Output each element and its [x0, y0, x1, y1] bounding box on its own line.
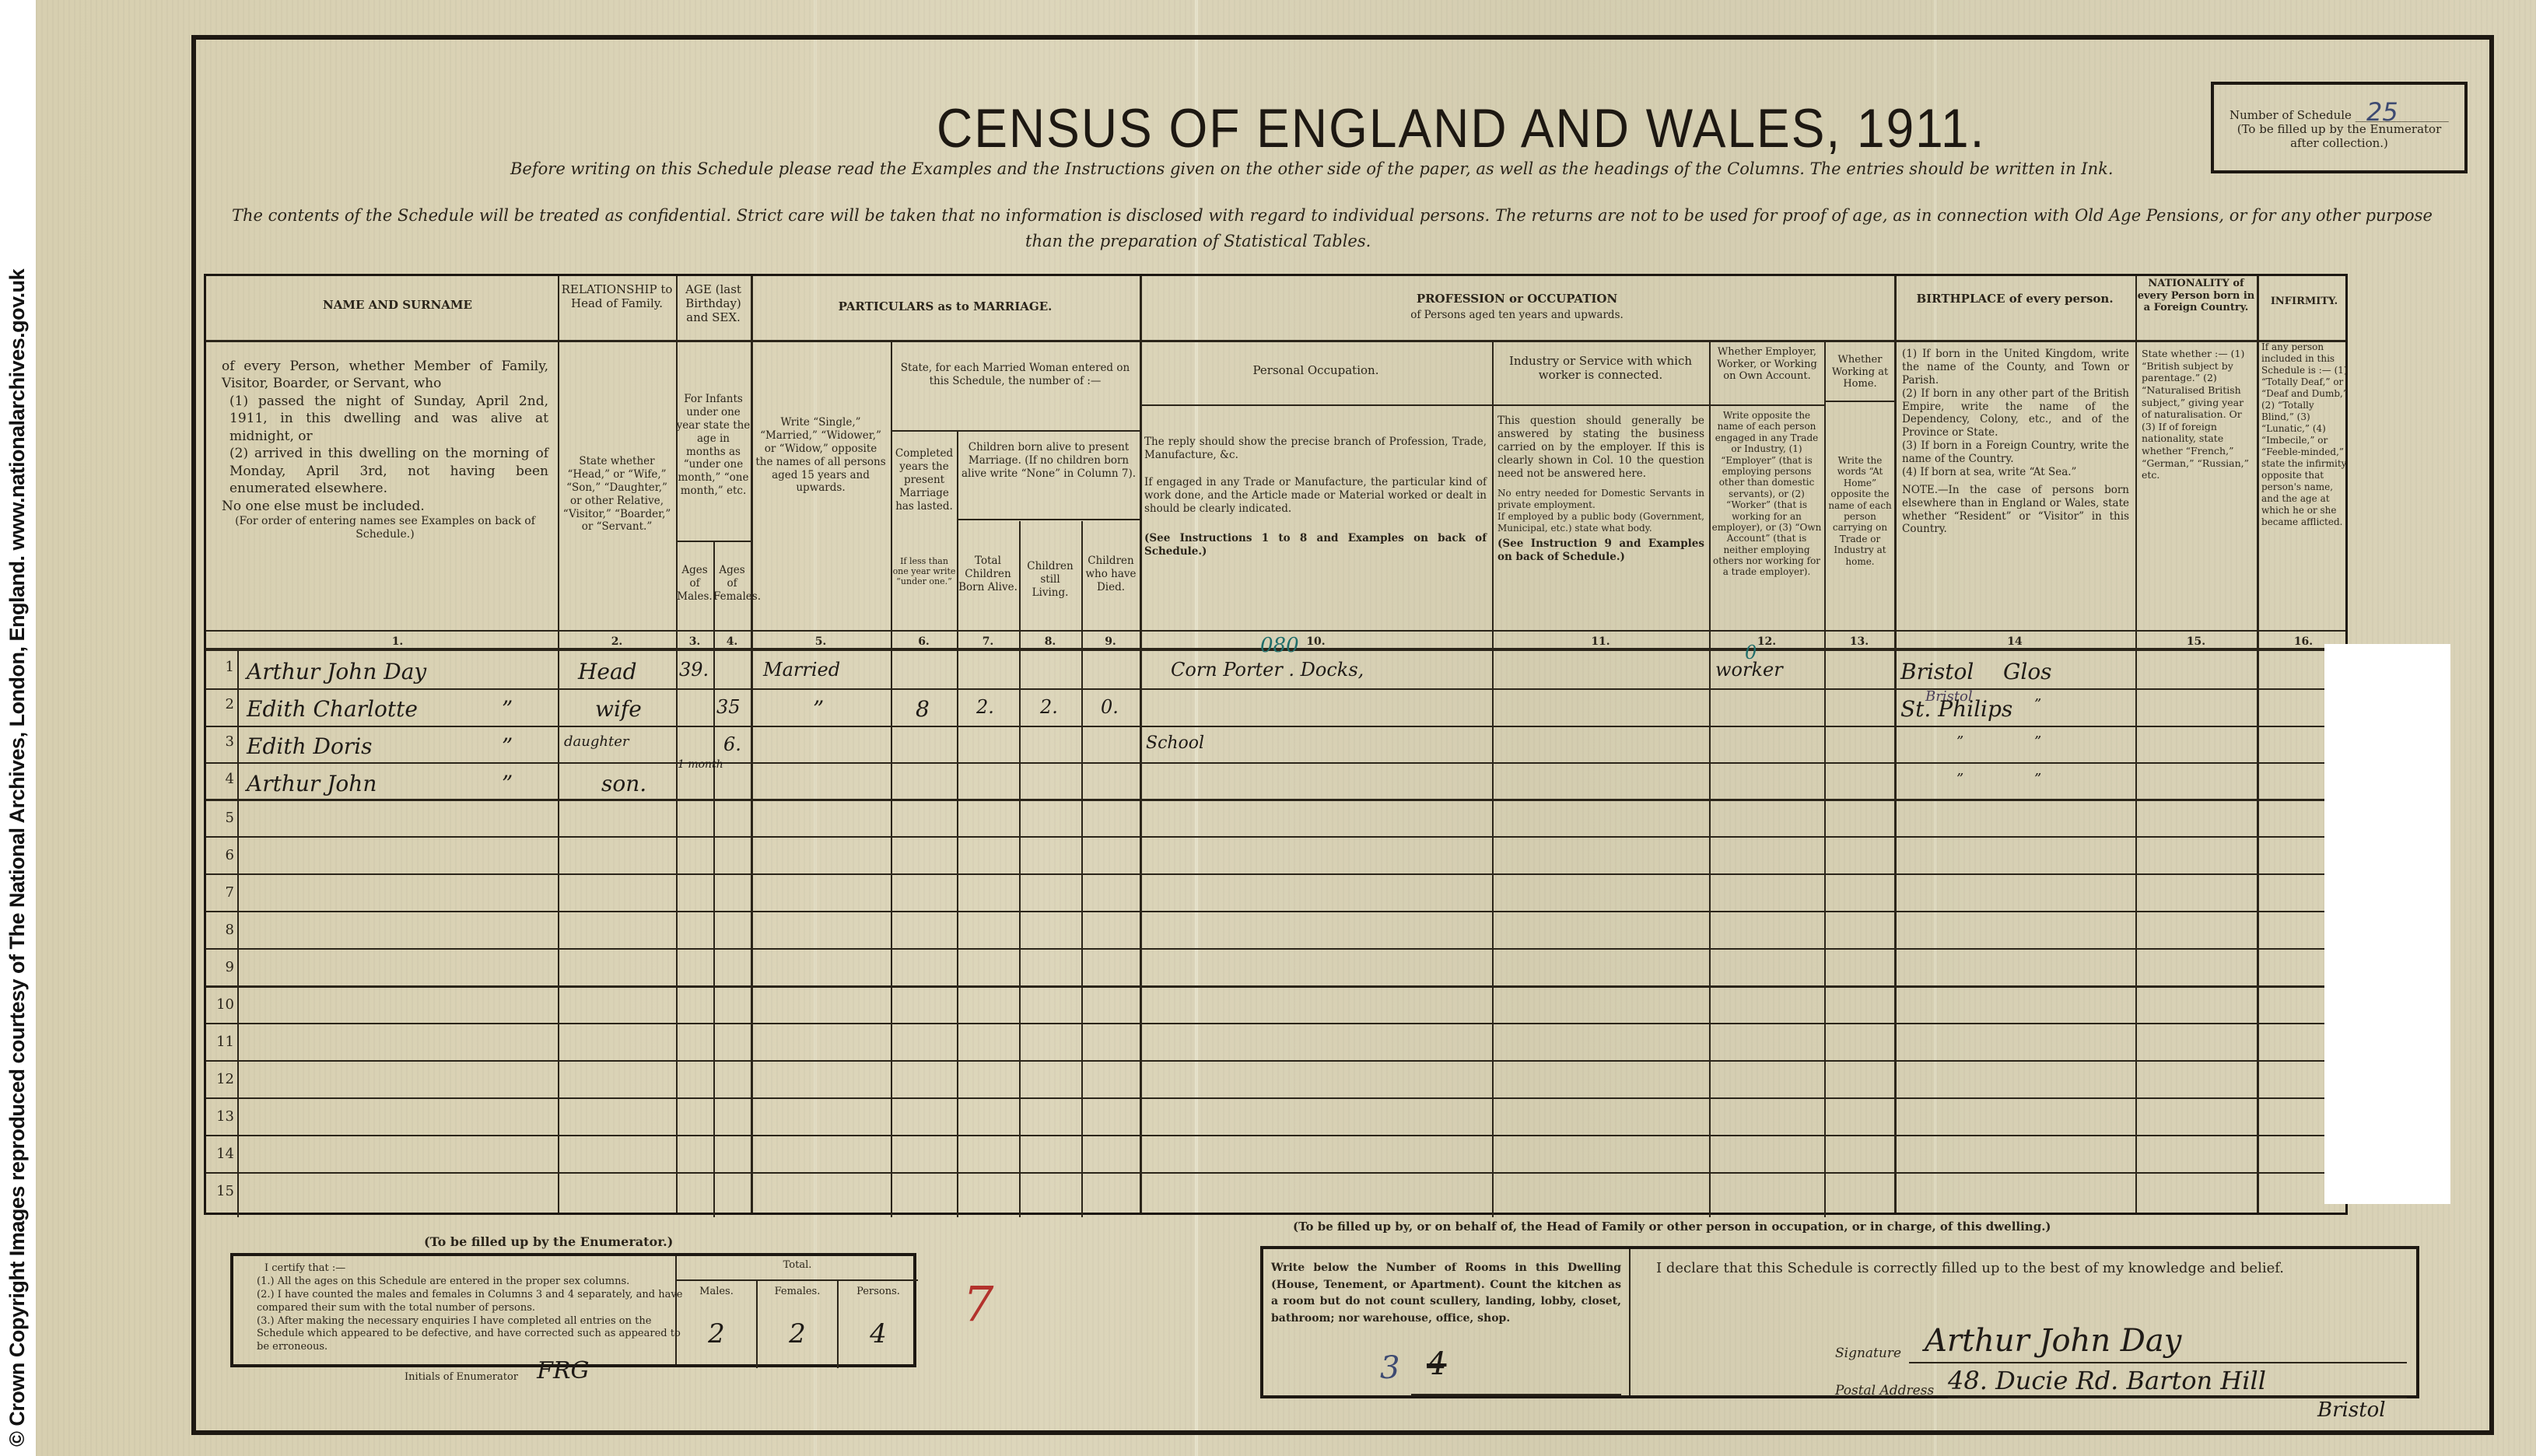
certify-item: (3.) After making the necessary enquirie… [257, 1315, 692, 1355]
postal-address-line-1[interactable]: 48. Ducie Rd. Barton Hill [1948, 1366, 2266, 1395]
infirmity-column-heading: INFIRMITY. [2258, 296, 2350, 308]
age-female[interactable]: 35 [716, 696, 741, 718]
age-column-desc: For Infants under one year state the age… [676, 393, 751, 498]
infirmity-desc: If any person included in this Schedule … [2261, 341, 2349, 528]
column-number: 3. [676, 635, 713, 648]
column-number: 14 [1894, 635, 2135, 648]
schedule-number-value[interactable]: 25 [2366, 97, 2398, 127]
initials-label: Initials of Enumerator [405, 1371, 518, 1383]
household-table: NAME AND SURNAME of every Person, whethe… [204, 274, 2348, 1215]
children-living[interactable]: 2. [1040, 696, 1058, 718]
females-total-cell: Females.2 [756, 1281, 837, 1368]
rooms-value[interactable]: 3 [1380, 1350, 1399, 1386]
head-of-family-box: Write below the Number of Rooms in this … [1260, 1246, 2419, 1398]
table-row[interactable]: 3 Edith Doris ” daughter 6. School ” ” [206, 733, 2345, 757]
birthplace-desc-4: (4) If born at sea, write “At Sea.” [1902, 466, 2129, 479]
died-label: Children who have Died. [1083, 555, 1139, 594]
relationship-column-heading: RELATIONSHIP to Head of Family. [558, 282, 676, 310]
industry-desc-4: (See Instruction 9 and Examples on back … [1497, 537, 1704, 564]
initials-value[interactable]: FRG [537, 1357, 589, 1384]
marital-status[interactable]: Married [763, 659, 840, 681]
column-number: 13. [1824, 635, 1894, 648]
row-number: 8 [206, 922, 234, 938]
row-number: 15 [206, 1183, 234, 1199]
occupation-code: 080 [1260, 634, 1299, 657]
relationship-column-desc: State whether “Head,” or “Wife,” “Son,” … [562, 455, 671, 534]
schedule-number-label: Number of Schedule [2230, 108, 2352, 122]
postal-address-label: Postal Address [1835, 1383, 1934, 1398]
industry-desc: This question should generally be answer… [1497, 415, 1704, 480]
occupation[interactable]: School [1146, 733, 1204, 753]
surname-ditto[interactable]: ” [502, 771, 513, 796]
head-of-family-caption: (To be filled up by, or on behalf of, th… [1293, 1220, 2051, 1234]
surname-ditto[interactable]: ” [502, 696, 513, 722]
name-column-desc-2: (1) passed the night of Sunday, April 2n… [222, 393, 548, 445]
relationship[interactable]: wife [595, 696, 642, 722]
confidential-line: The contents of the Schedule will be tre… [232, 206, 2433, 225]
occupation-column-subheading: of Persons aged ten years and upwards. [1140, 309, 1894, 322]
children-desc: Children born alive to present Marriage.… [959, 441, 1138, 481]
column-number: 4. [713, 635, 751, 648]
relationship[interactable]: Head [578, 659, 637, 684]
years-married-note: If less than one year write “under one.” [892, 556, 956, 587]
signature-value[interactable]: Arthur John Day [1925, 1323, 2181, 1359]
children-born[interactable]: 2. [976, 696, 994, 718]
rooms-crossed-value: 4 [1427, 1346, 1446, 1382]
marital-status[interactable]: ” [813, 696, 824, 722]
certify-label: I certify that :— [257, 1262, 692, 1276]
employer-desc: Write opposite the name of each person e… [1711, 410, 1823, 578]
column-number: 11. [1492, 635, 1709, 648]
ages-of-males-label: Ages of Males. [676, 564, 713, 604]
still-living-label: Children still Living. [1021, 560, 1080, 600]
occupation-column-heading: PROFESSION or OCCUPATION [1140, 292, 1894, 306]
row-number: 1 [206, 659, 234, 675]
column-number: 5. [751, 635, 891, 648]
age-male[interactable]: 39. [679, 659, 709, 681]
name-column-desc-3: (2) arrived in this dwelling on the morn… [222, 445, 548, 497]
column-number: 8. [1019, 635, 1081, 648]
name-column-desc-4: No one else must be included. [222, 498, 548, 515]
column-number: 6. [891, 635, 957, 648]
birthplace-desc-3: (3) If born in a Foreign Country, write … [1902, 439, 2129, 466]
relationship[interactable]: daughter [564, 733, 629, 750]
row-number: 12 [206, 1071, 234, 1087]
declaration-text: I declare that this Schedule is correctl… [1656, 1260, 2284, 1276]
total-label: Total. [677, 1259, 918, 1271]
rooms-box: Write below the Number of Rooms in this … [1263, 1249, 1631, 1395]
instruction-line: Before writing on this Schedule please r… [510, 159, 2114, 178]
column-number: 15. [2135, 635, 2257, 648]
birthplace-note: NOTE.—In the case of persons born elsewh… [1902, 484, 2129, 537]
industry-label: Industry or Service with which worker is… [1492, 354, 1709, 382]
signature-label: Signature [1835, 1346, 1901, 1361]
birthplace-column-heading: BIRTHPLACE of every person. [1894, 292, 2135, 306]
occupation[interactable]: Corn Porter . Docks, [1171, 659, 1364, 681]
totals-table: Total. Males.2 Females.2 Persons.4 [675, 1256, 918, 1364]
birth-county[interactable]: ” [2034, 733, 2041, 750]
row-number: 13 [206, 1108, 234, 1125]
row-number: 3 [206, 733, 234, 750]
row-number: 14 [206, 1146, 234, 1162]
birthplace[interactable]: ” [1956, 733, 1963, 750]
males-label: Males. [677, 1281, 756, 1297]
column-number: 1. [237, 635, 558, 648]
rooms-instruction: Write below the Number of Rooms in this … [1271, 1260, 1621, 1328]
column-number: 2. [558, 635, 676, 648]
column-number: 12. [1709, 635, 1824, 648]
birth-county[interactable]: ” [2034, 696, 2041, 712]
schedule-number-box: Number of Schedule ________________ 25 (… [2211, 82, 2468, 173]
surname-ditto[interactable]: ” [502, 733, 513, 759]
age-male[interactable]: 1 month [678, 758, 723, 771]
males-total-cell: Males.2 [677, 1281, 756, 1368]
redacted-area [2324, 644, 2450, 1204]
name-column-heading: NAME AND SURNAME [237, 298, 558, 312]
at-home-label: Whether Working at Home. [1826, 354, 1894, 390]
persons-total[interactable]: 4 [839, 1318, 918, 1349]
column-number: 7. [957, 635, 1019, 648]
row-number: 4 [206, 771, 234, 787]
postal-address-line-2[interactable]: Bristol [2317, 1398, 2386, 1422]
birthplace-desc: (1) If born in the United Kingdom, write… [1902, 348, 2129, 387]
total-born-label: Total Children Born Alive. [958, 555, 1018, 594]
schedule-number-note: (To be filled up by the Enumerator [2214, 122, 2464, 136]
certify-item: (2.) I have counted the males and female… [257, 1289, 692, 1315]
nationality-desc: State whether :— (1) “British subject by… [2142, 348, 2252, 481]
personal-occupation-desc-2: If engaged in any Trade or Manufacture, … [1144, 476, 1487, 516]
marital-status-desc: Write “Single,” “Married,” “Widower,” or… [755, 416, 886, 495]
years-married-desc: Completed years the present Marriage has… [892, 447, 956, 513]
row-number: 9 [206, 959, 234, 975]
personal-occupation-desc-3: (See Instructions 1 to 8 and Examples on… [1144, 532, 1487, 558]
years-married[interactable]: 8 [916, 696, 930, 722]
person-name[interactable]: Arthur John [247, 771, 377, 796]
birthplace[interactable]: Bristol [1900, 659, 1974, 684]
census-schedule-page: CENSUS OF ENGLAND AND WALES, 1911. Befor… [36, 0, 2536, 1456]
birth-county[interactable]: ” [2034, 771, 2041, 787]
persons-label: Persons. [839, 1281, 918, 1297]
age-column-heading: AGE (last Birthday) and SEX. [676, 282, 751, 324]
males-total[interactable]: 2 [677, 1318, 756, 1349]
red-check-mark: 7 [963, 1276, 993, 1332]
personal-occupation-desc: The reply should show the precise branch… [1144, 436, 1487, 462]
relationship[interactable]: son. [601, 771, 646, 796]
persons-total-cell: Persons.4 [837, 1281, 918, 1368]
copyright-notice: © Crown Copyright Images reproduced cour… [2, 202, 33, 1447]
row-number: 6 [206, 847, 234, 863]
children-died[interactable]: 0. [1101, 696, 1119, 718]
marriage-column-heading: PARTICULARS as to MARRIAGE. [751, 299, 1140, 313]
certify-item: (1.) All the ages on this Schedule are e… [257, 1276, 692, 1289]
industry-desc-2: No entry needed for Domestic Servants in… [1497, 488, 1704, 511]
females-total[interactable]: 2 [758, 1318, 837, 1349]
at-home-desc: Write the words “At Home” opposite the n… [1826, 455, 1894, 567]
personal-occupation-label: Personal Occupation. [1140, 363, 1492, 377]
enumerator-certificate-box: I certify that :— (1.) All the ages on t… [230, 1253, 916, 1367]
person-name[interactable]: Edith Charlotte [247, 696, 418, 722]
employer-label: Whether Employer, Worker, or Working on … [1710, 346, 1824, 383]
enumerator-caption: (To be filled up by the Enumerator.) [424, 1234, 673, 1249]
married-woman-desc: State, for each Married Woman entered on… [894, 362, 1137, 388]
ages-of-females-label: Ages of Females. [713, 564, 751, 604]
table-row[interactable]: 1 Arthur John Day Head 39. Married Corn … [206, 659, 2345, 682]
table-row[interactable]: 2 Edith Charlotte ” wife 35 ” 8 2. 2. 0.… [206, 696, 2345, 719]
confidential-line-2: than the preparation of Statistical Tabl… [1025, 232, 1371, 250]
row-number: 10 [206, 996, 234, 1013]
birthplace-desc-2: (2) If born in any other part of the Bri… [1902, 387, 2129, 440]
row-number: 2 [206, 696, 234, 712]
birthplace[interactable]: ” [1956, 771, 1963, 787]
birth-county[interactable]: Glos [2003, 659, 2052, 684]
birthplace[interactable]: St. Philips [1900, 696, 2012, 722]
name-column-desc-5: (For order of entering names see Example… [222, 515, 548, 542]
name-column-desc: of every Person, whether Member of Famil… [222, 358, 548, 393]
row-number: 11 [206, 1034, 234, 1050]
nationality-column-heading: NATIONALITY of every Person born in a Fo… [2137, 278, 2255, 314]
person-name[interactable]: Arthur John Day [247, 659, 426, 684]
page-title: CENSUS OF ENGLAND AND WALES, 1911. [937, 96, 1985, 159]
table-row[interactable]: 4 Arthur John ” son. 1 month ” ” [206, 771, 2345, 794]
females-label: Females. [758, 1281, 837, 1297]
row-number: 5 [206, 810, 234, 826]
person-name[interactable]: Edith Doris [247, 733, 373, 759]
age-female[interactable]: 6. [723, 733, 741, 755]
industry-desc-3: If employed by a public body (Government… [1497, 511, 1704, 534]
column-number: 9. [1081, 635, 1140, 648]
schedule-number-note-2: after collection.) [2214, 136, 2464, 150]
row-number: 7 [206, 884, 234, 901]
column-number: 10. [1140, 635, 1492, 648]
employer-code: 0 [1745, 642, 1757, 663]
